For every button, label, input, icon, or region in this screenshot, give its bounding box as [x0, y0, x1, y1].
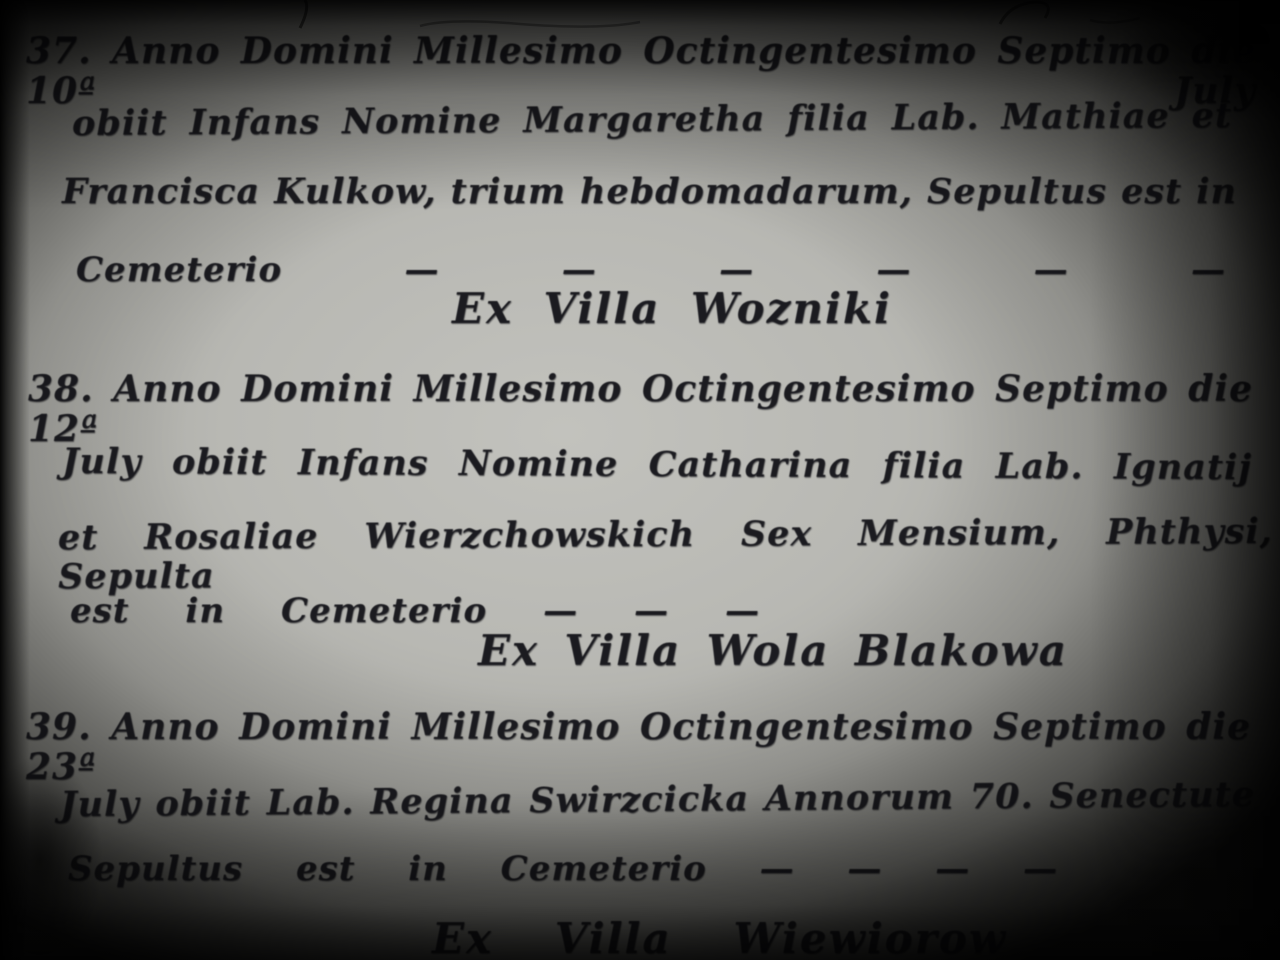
entry-37-village-line: Ex Villa Wozniki [452, 286, 892, 332]
entry-39-line-2: July obiit Lab. Regina Swirzcicka Annoru… [60, 776, 1255, 825]
register-page-scan: 37. Anno Domini Millesimo Octingentesimo… [0, 0, 1280, 960]
entry-38-line-2: July obiit Infans Nomine Catharina filia… [62, 443, 1252, 488]
entry-37-line-2: obiit Infans Nomine Margaretha filia Lab… [72, 97, 1232, 144]
entry-38-line-4: est in Cemeterio — — — [70, 593, 760, 630]
cropped-previous-line-strokes [0, 0, 1280, 30]
entry-38-line-1: 38. Anno Domini Millesimo Octingentesimo… [28, 370, 1253, 449]
entry-39-village-line: Ex Villa Wiewiorow [432, 916, 1007, 960]
entry-39-line-3: Sepultus est in Cemeterio — — — — [68, 851, 1058, 888]
entry-38-village-line: Ex Villa Wola Blakowa [478, 628, 1068, 674]
entry-38-line-3: et Rosaliae Wierzchowskich Sex Mensium, … [58, 513, 1273, 596]
entry-37-line-3: Francisca Kulkow, trium hebdomadarum, Se… [62, 173, 1237, 212]
